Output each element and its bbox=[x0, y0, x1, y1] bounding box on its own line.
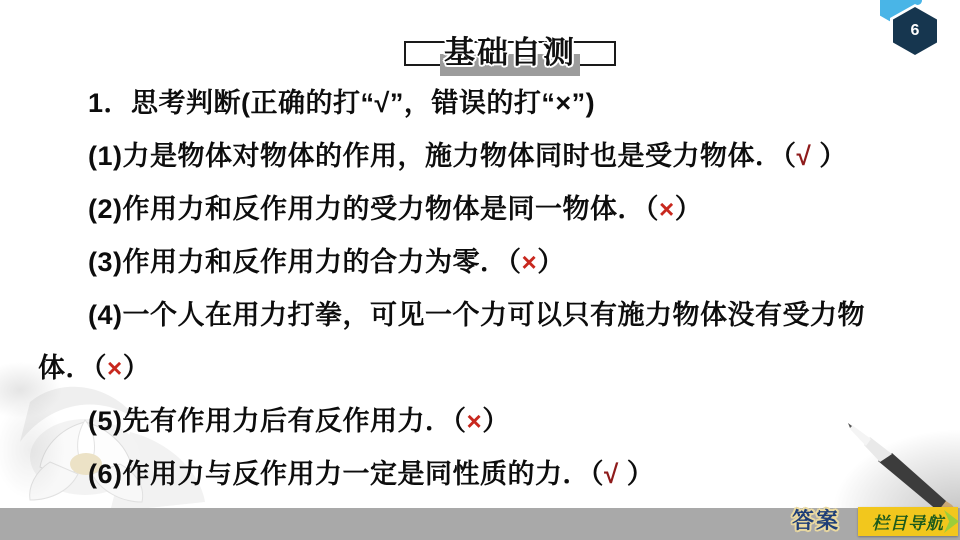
question-item-4: (4)一个人在用力打拳，可见一个力可以只有施力物体没有受力物 bbox=[88, 298, 948, 332]
question-item-1: (1)力是物体对物体的作用，施力物体同时也是受力物体．（√ ） bbox=[88, 139, 948, 173]
answer-mark: × bbox=[467, 406, 483, 436]
section-nav-label: 栏目导航 bbox=[858, 509, 958, 534]
question-item-2: (2)作用力和反作用力的受力物体是同一物体．（×） bbox=[88, 192, 948, 226]
page-title: 基础自测 bbox=[404, 34, 616, 71]
page-badge: 6 bbox=[880, 0, 952, 50]
page-number: 6 bbox=[911, 22, 920, 40]
answer-mark: × bbox=[107, 353, 123, 383]
answer-mark: √ bbox=[797, 141, 812, 171]
question-item-4-wrap: 体．（×） bbox=[38, 351, 948, 385]
answer-mark: × bbox=[522, 247, 538, 277]
question-item-6: (6)作用力与反作用力一定是同性质的力．（√ ） bbox=[88, 457, 948, 491]
question-item-3: (3)作用力和反作用力的合力为零．（×） bbox=[88, 245, 948, 279]
answer-button[interactable]: 答案 bbox=[792, 506, 840, 536]
question-list: 1．思考判断(正确的打“√”，错误的打“×”) (1)力是物体对物体的作用，施力… bbox=[88, 86, 948, 510]
section-nav-button[interactable]: 栏目导航 bbox=[858, 507, 958, 536]
question-item-5: (5)先有作用力后有反作用力．（×） bbox=[88, 404, 948, 438]
section-title-banner: 基础自测 bbox=[404, 32, 616, 80]
answer-mark: √ bbox=[604, 459, 619, 489]
question-heading: 1．思考判断(正确的打“√”，错误的打“×”) bbox=[88, 86, 948, 120]
answer-mark: × bbox=[659, 194, 675, 224]
dot-decoration bbox=[913, 0, 922, 5]
